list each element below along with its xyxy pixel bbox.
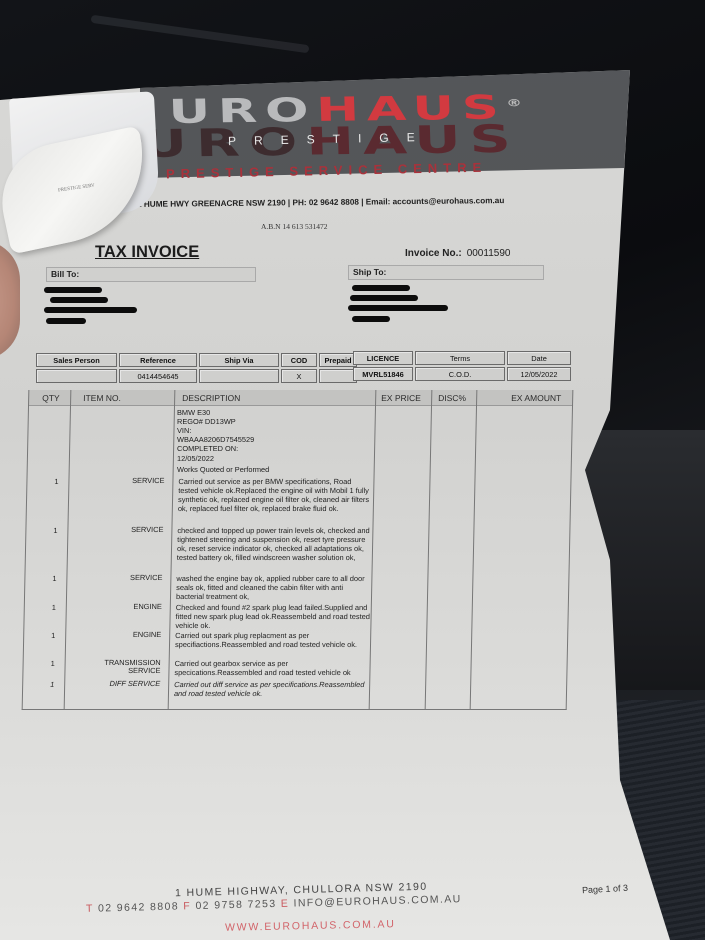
row-item-no: SERVICE xyxy=(82,574,162,582)
works-label: Works Quoted or Performed xyxy=(177,465,269,474)
row-item-no: SERVICE xyxy=(84,477,164,485)
ship-to-header: Ship To: xyxy=(348,265,544,280)
row-qty: 1 xyxy=(54,477,58,486)
invoice-number-value: 00011590 xyxy=(467,248,511,259)
row-description: Carried out diff service as per specific… xyxy=(174,680,369,698)
ship-via-header: Ship Via xyxy=(199,353,279,367)
column-divider xyxy=(470,390,478,710)
invoice-number-label: Invoice No.: xyxy=(405,248,462,259)
row-description: washed the engine bay ok, applied rubber… xyxy=(176,574,372,601)
licence-value: MVRL51846 xyxy=(353,367,413,381)
item-no-header: ITEM NO. xyxy=(83,393,121,403)
row-qty: 1 xyxy=(52,603,56,612)
ex-amount-header: EX AMOUNT xyxy=(511,393,561,403)
invoice-number: Invoice No.:00011590 xyxy=(405,248,510,259)
vehicle-vin-label: VIN: xyxy=(177,426,269,435)
row-item-no: ENGINE xyxy=(81,631,161,639)
footer-phone: 02 9642 8808 xyxy=(98,900,179,914)
qty-header: QTY xyxy=(42,393,60,403)
logo-text-grey: URO xyxy=(168,90,317,131)
sales-person-header: Sales Person xyxy=(36,353,117,367)
row-item-no: ENGINE xyxy=(82,603,162,611)
row-item-no: TRANSMISSION SERVICE xyxy=(80,659,160,675)
disc-header: DISC% xyxy=(438,393,466,403)
ex-price-header: EX PRICE xyxy=(381,393,421,403)
vehicle-vin: WBAAA8206D7545529 xyxy=(177,435,269,444)
completed-label: COMPLETED ON: xyxy=(177,444,269,453)
bill-to-header: Bill To: xyxy=(46,267,256,282)
row-description: Carried out gearbox service as per speci… xyxy=(174,659,369,677)
row-description: checked and topped up power train levels… xyxy=(177,526,373,562)
reference-value: 0414454645 xyxy=(119,369,197,383)
cod-header: COD xyxy=(281,353,317,367)
row-item-no: DIFF SERVICE xyxy=(80,680,160,688)
vehicle-details: BMW E30 REGO# DD13WP VIN: WBAAA8206D7545… xyxy=(177,408,269,474)
vehicle-rego: REGO# DD13WP xyxy=(177,417,269,426)
document-title: TAX INVOICE xyxy=(95,243,199,262)
row-qty: 1 xyxy=(52,574,56,583)
line-items-header: QTY ITEM NO. DESCRIPTION EX PRICE DISC% … xyxy=(28,390,573,406)
sales-person-value xyxy=(36,369,117,383)
terms-header: Terms xyxy=(415,351,505,365)
row-description: Carried out service as per BMW specifica… xyxy=(178,477,374,513)
row-qty: 1 xyxy=(51,631,55,640)
background-reflection xyxy=(91,15,310,54)
fax-key: F xyxy=(183,900,191,912)
terms-value: C.O.D. xyxy=(415,367,505,381)
order-meta-table-left: Sales Person Reference Ship Via COD Prep… xyxy=(34,351,359,385)
row-description: Carried out spark plug replacment as per… xyxy=(175,631,370,649)
row-qty: 1 xyxy=(50,680,54,689)
email-key: E xyxy=(281,898,290,910)
row-description: Checked and found #2 spark plug lead fai… xyxy=(175,603,371,630)
description-header: DESCRIPTION xyxy=(182,393,240,403)
registered-mark: ® xyxy=(506,98,530,109)
column-divider xyxy=(425,390,433,710)
company-logo: UROHAUS® xyxy=(168,87,530,131)
company-abn: A.B.N 14 613 531472 xyxy=(261,222,327,231)
date-value: 12/05/2022 xyxy=(507,367,571,381)
ship-via-value xyxy=(199,369,279,383)
cod-value: X xyxy=(281,369,317,383)
line-items-table: QTY ITEM NO. DESCRIPTION EX PRICE DISC% … xyxy=(22,390,574,710)
completed-date: 12/05/2022 xyxy=(177,454,269,463)
date-header: Date xyxy=(507,351,571,365)
table-bottom-border xyxy=(22,709,567,710)
logo-text-red: HAUS xyxy=(316,87,507,129)
footer-fax: 02 9758 7253 xyxy=(195,898,276,912)
phone-key: T xyxy=(86,903,94,915)
column-divider xyxy=(64,390,72,710)
reference-header: Reference xyxy=(119,353,197,367)
row-qty: 1 xyxy=(53,526,57,535)
row-qty: 1 xyxy=(51,659,55,668)
row-item-no: SERVICE xyxy=(83,526,163,534)
licence-header: LICENCE xyxy=(353,351,413,365)
vehicle-model: BMW E30 xyxy=(177,408,269,417)
order-meta-table-right: LICENCE Terms Date MVRL51846 C.O.D. 12/0… xyxy=(351,349,573,383)
